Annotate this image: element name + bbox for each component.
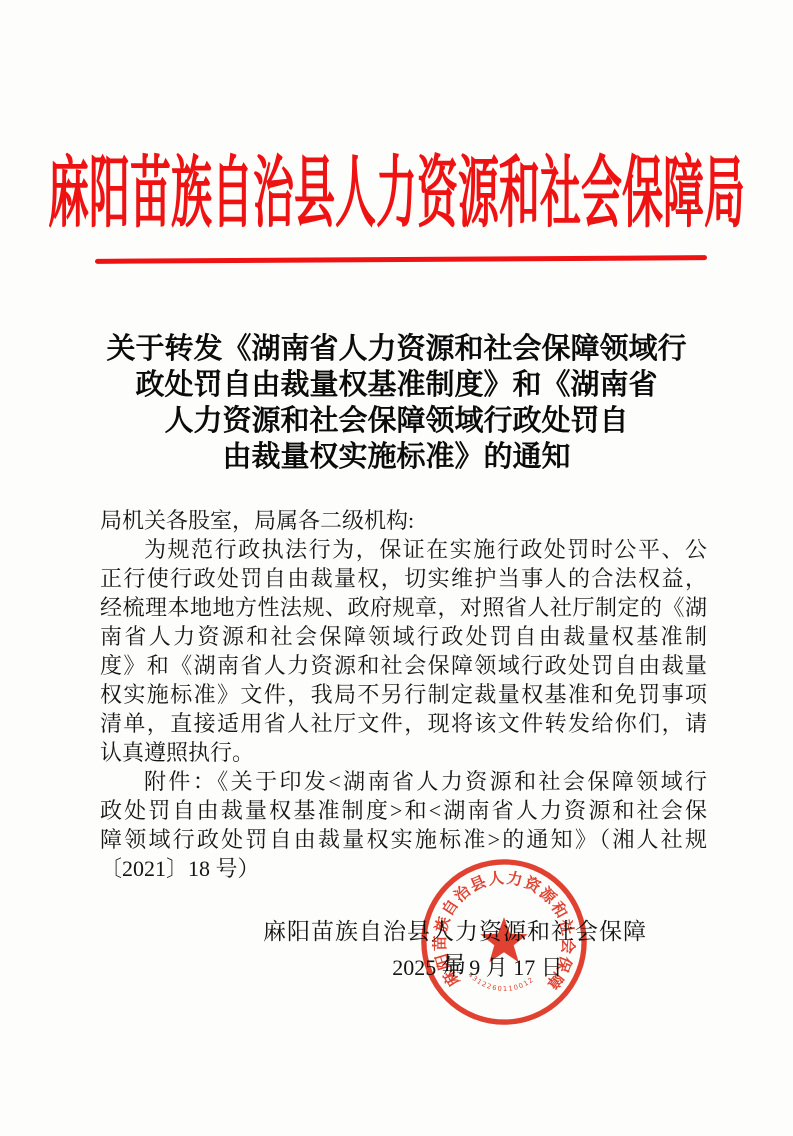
body-line: 清单，直接适用省人社厅文件，现将该文件转发给你们，请 xyxy=(100,709,707,738)
seal-ring-text: 麻阳苗族自治县人力资源和社会保障局 xyxy=(415,853,578,994)
star-icon xyxy=(480,917,527,962)
body-line: 认真遵照执行。 xyxy=(100,738,707,767)
title-line: 政处罚自由裁量权基准制度》和《湖南省 xyxy=(50,367,743,403)
letterhead-agency-name: 麻阳苗族自治县人力资源和社会保障局 xyxy=(0,130,793,242)
red-divider-line xyxy=(95,255,707,264)
body-line: 经梳理本地地方性法规、政府规章，对照省人社厅制定的《湖 xyxy=(100,593,707,622)
seal-code: 4312260110012 xyxy=(466,971,535,993)
body-line: 度》和《湖南省人力资源和社会保障领域行政处罚自由裁量 xyxy=(100,651,707,680)
body-line: 权实施标准》文件，我局不另行制定裁量权基准和免罚事项 xyxy=(100,680,707,709)
salutation-line: 局机关各股室，局属各二级机构: xyxy=(100,506,707,535)
document-body: 局机关各股室，局属各二级机构: 为规范行政执法行为，保证在实施行政处罚时公平、公… xyxy=(100,506,707,883)
document-title: 关于转发《湖南省人力资源和社会保障领域行 政处罚自由裁量权基准制度》和《湖南省 … xyxy=(50,331,743,475)
attachment-line: 〔2021〕18 号） xyxy=(100,854,707,883)
title-line: 由裁量权实施标准》的通知 xyxy=(50,439,743,475)
body-line: 南省人力资源和社会保障领域行政处罚自由裁量权基准制 xyxy=(100,622,707,651)
body-line: 正行使行政处罚自由裁量权，切实维护当事人的合法权益， xyxy=(100,564,707,593)
title-line: 人力资源和社会保障领域行政处罚自 xyxy=(50,403,743,439)
body-line: 为规范行政执法行为，保证在实施行政处罚时公平、公 xyxy=(100,535,707,564)
attachment-line: 政处罚自由裁量权基准制度>和<湖南省人力资源和社会保 xyxy=(100,796,707,825)
document-page: 麻阳苗族自治县人力资源和社会保障局 关于转发《湖南省人力资源和社会保障领域行 政… xyxy=(0,0,793,1136)
official-seal: 麻阳苗族自治县人力资源和社会保障局 4312260110012 xyxy=(415,853,593,1031)
title-line: 关于转发《湖南省人力资源和社会保障领域行 xyxy=(50,331,743,367)
attachment-line: 附件：《关于印发<湖南省人力资源和社会保障领域行 xyxy=(100,767,707,796)
attachment-line: 障领域行政处罚自由裁量权实施标准>的通知》（湘人社规 xyxy=(100,825,707,854)
